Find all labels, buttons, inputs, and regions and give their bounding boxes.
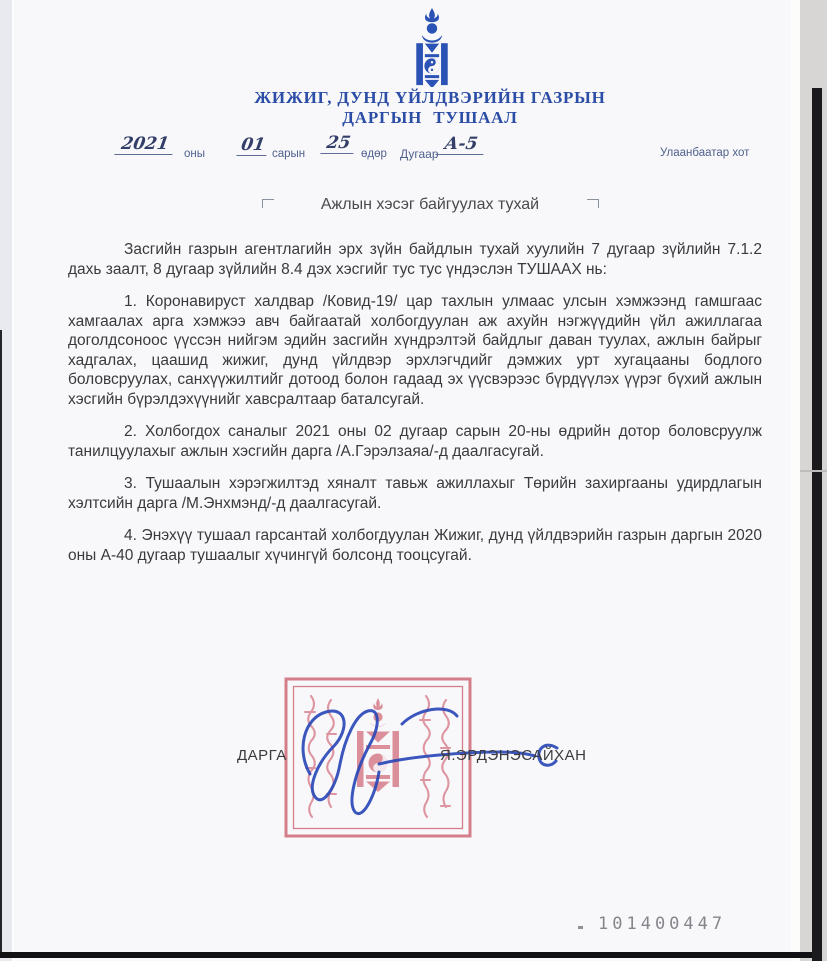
date-year-label: оны: [184, 148, 205, 160]
title-line-1: ЖИЖИГ, ДУНД ҮЙЛДВЭРИЙН ГАЗРЫН: [230, 88, 630, 108]
scanned-document-page: ЖИЖИГ, ДУНД ҮЙЛДВЭРИЙН ГАЗРЫН ДАРГЫН ТУШ…: [0, 0, 827, 961]
clause-3: 3. Тушаалын хэрэгжилтэд хяналт тавьж ажи…: [68, 474, 762, 513]
preamble-paragraph: Засгийн газрын агентлагийн эрх зүйн байд…: [68, 240, 762, 279]
document-body: Засгийн газрын агентлагийн эрх зүйн байд…: [68, 240, 762, 578]
registry-dot-mark: [578, 926, 583, 929]
scan-edge-left-highlight: [12, 0, 14, 961]
number-field: А-5: [435, 134, 486, 155]
signer-position-label: ДАРГА: [237, 747, 287, 764]
clause-1: 1. Коронавируст халдвар /Ковид-19/ цар т…: [68, 292, 762, 409]
document-title: ЖИЖИГ, ДУНД ҮЙЛДВЭРИЙН ГАЗРЫН ДАРГЫН ТУШ…: [230, 88, 630, 128]
date-month-field: 01: [236, 135, 269, 156]
scan-edge-left-shadow: [0, 330, 2, 955]
title-line-2: ДАРГЫН ТУШААЛ: [230, 108, 630, 128]
scan-edge-right-shadow: [812, 88, 822, 961]
date-year-field: 2021: [114, 134, 175, 155]
registry-number: 101400447: [598, 914, 726, 934]
clause-2: 2. Холбогдох саналыг 2021 оны 02 дугаар …: [68, 422, 762, 461]
date-day-label: өдөр: [361, 148, 387, 160]
signer-name: Я.ЭРДЭНЭСАЙХАН: [440, 747, 586, 764]
clause-4: 4. Энэхүү тушаал гарсантай холбогдуулан …: [68, 526, 762, 565]
date-month-label: сарын: [272, 148, 305, 160]
number-label: Дугаар: [400, 147, 439, 161]
date-day-field: 25: [320, 133, 356, 154]
scan-edge-right-paper: [791, 0, 800, 961]
scan-edge-bottom-shadow: [0, 952, 812, 958]
soyombo-emblem-icon: [403, 7, 461, 87]
city-label: Улаанбаатар хот: [660, 147, 749, 159]
scan-artifact-line: [800, 470, 827, 472]
subject-line: Ажлын хэсэг байгуулах тухай: [290, 196, 570, 214]
subject-corner-right: [587, 199, 599, 208]
subject-corner-left: [262, 199, 274, 208]
